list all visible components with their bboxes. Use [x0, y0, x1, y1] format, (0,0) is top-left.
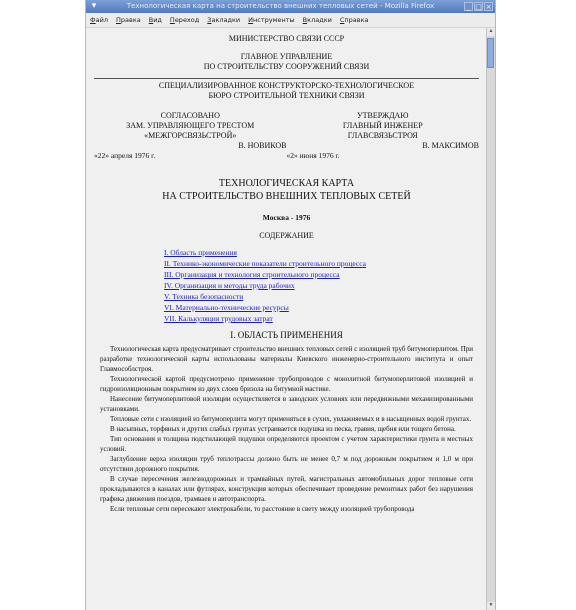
- scrollbar-thumb[interactable]: [487, 38, 494, 68]
- paragraph: В случае пересечения железнодорожных и т…: [100, 474, 473, 504]
- scroll-down-icon[interactable]: ▼: [487, 602, 495, 610]
- toc-link[interactable]: III. Организация и технология строительн…: [164, 269, 479, 280]
- agreed-org: «МЕЖГОРСВЯЗЬСТРОЙ»: [94, 131, 287, 141]
- doc-title-2: НА СТРОИТЕЛЬСТВО ВНЕШНИХ ТЕПЛОВЫХ СЕТЕЙ: [94, 190, 479, 203]
- toc-link[interactable]: I. Область применения: [164, 247, 479, 258]
- window-title: Технологическая карта на строительство в…: [106, 0, 455, 13]
- divider: [94, 78, 479, 79]
- toc-link[interactable]: VII. Калькуляция трудовых затрат: [164, 313, 479, 324]
- browser-window: ▾ Технологическая карта на строительство…: [85, 0, 496, 610]
- menu-bar: Файл Правка Вид Переход Закладки Инструм…: [86, 13, 495, 28]
- title-bar[interactable]: ▾ Технологическая карта на строительство…: [86, 0, 495, 13]
- menu-go[interactable]: Переход: [170, 16, 199, 24]
- paragraph: Если тепловые сети пересекают электрокаб…: [100, 504, 473, 514]
- agreed-name: В. НОВИКОВ: [94, 141, 287, 151]
- menu-tools[interactable]: Инструменты: [248, 16, 295, 24]
- approved-org: ГЛАВСВЯЗЬСТРОЯ: [287, 131, 480, 141]
- paragraph: Тепловые сети с изоляцией из битумоперли…: [100, 414, 473, 424]
- minimize-icon[interactable]: _: [464, 2, 473, 11]
- paragraph: Технологической картой предусмотрено при…: [100, 374, 473, 394]
- section-heading: I. ОБЛАСТЬ ПРИМЕНЕНИЯ: [94, 329, 479, 341]
- maximize-icon[interactable]: □: [474, 2, 483, 11]
- approved-block: УТВЕРЖДАЮ ГЛАВНЫЙ ИНЖЕНЕР ГЛАВСВЯЗЬСТРОЯ…: [287, 111, 480, 151]
- bureau-line-1: СПЕЦИАЛИЗИРОВАННОЕ КОНСТРУКТОРСКО-ТЕХНОЛ…: [94, 81, 479, 91]
- approved-label: УТВЕРЖДАЮ: [287, 111, 480, 121]
- scroll-up-icon[interactable]: ▲: [487, 28, 495, 36]
- toc-link[interactable]: V. Техника безопасности: [164, 291, 479, 302]
- menu-view[interactable]: Вид: [149, 16, 162, 24]
- ministry-heading: МИНИСТЕРСТВО СВЯЗИ СССР: [94, 34, 479, 44]
- menu-tabs[interactable]: Вкладки: [303, 16, 332, 24]
- agreed-block: СОГЛАСОВАНО ЗАМ. УПРАВЛЯЮЩЕГО ТРЕСТОМ «М…: [94, 111, 287, 151]
- city-year: Москва - 1976: [94, 213, 479, 223]
- approved-name: В. МАКСИМОВ: [287, 141, 480, 151]
- vertical-scrollbar[interactable]: ▲ ▼: [486, 28, 495, 610]
- menu-file[interactable]: Файл: [90, 16, 108, 24]
- main-dept-line-2: ПО СТРОИТЕЛЬСТВУ СООРУЖЕНИЙ СВЯЗИ: [94, 62, 479, 72]
- toc-link[interactable]: II. Технико-экономические показатели стр…: [164, 258, 479, 269]
- toc-link[interactable]: IV. Организация и методы труда рабочих: [164, 280, 479, 291]
- agreed-date: «22» апреля 1976 г.: [94, 151, 287, 161]
- doc-title-1: ТЕХНОЛОГИЧЕСКАЯ КАРТА: [94, 177, 479, 190]
- menu-edit[interactable]: Правка: [116, 16, 141, 24]
- menu-bookmarks[interactable]: Закладки: [207, 16, 240, 24]
- close-icon[interactable]: ×: [484, 2, 493, 11]
- agreed-position: ЗАМ. УПРАВЛЯЮЩЕГО ТРЕСТОМ: [94, 121, 287, 131]
- contents-heading: СОДЕРЖАНИЕ: [94, 231, 479, 241]
- table-of-contents: I. Область применения II. Технико-эконом…: [164, 247, 479, 324]
- document-view: МИНИСТЕРСТВО СВЯЗИ СССР ГЛАВНОЕ УПРАВЛЕН…: [86, 28, 487, 610]
- paragraph: Тип основания и толщина подстилающей под…: [100, 434, 473, 454]
- main-dept-line-1: ГЛАВНОЕ УПРАВЛЕНИЕ: [94, 52, 479, 62]
- approved-date: «2» июня 1976 г.: [287, 151, 480, 161]
- paragraph: Заглубление верха изоляции труб теплотра…: [100, 454, 473, 474]
- approval-block: СОГЛАСОВАНО ЗАМ. УПРАВЛЯЮЩЕГО ТРЕСТОМ «М…: [94, 111, 479, 151]
- paragraph: Нанесение битумоперлитовой изоляции осущ…: [100, 394, 473, 414]
- menu-help[interactable]: Справка: [340, 16, 369, 24]
- bureau-line-2: БЮРО СТРОИТЕЛЬНОЙ ТЕХНИКИ СВЯЗИ: [94, 91, 479, 101]
- app-icon: ▾: [89, 1, 99, 11]
- agreed-label: СОГЛАСОВАНО: [94, 111, 287, 121]
- toc-link[interactable]: VI. Материально-технические ресурсы: [164, 302, 479, 313]
- paragraph: В насыпных, торфяных и других слабых гру…: [100, 424, 473, 434]
- approved-position: ГЛАВНЫЙ ИНЖЕНЕР: [287, 121, 480, 131]
- paragraph: Технологическая карта предусматривает ст…: [100, 344, 473, 374]
